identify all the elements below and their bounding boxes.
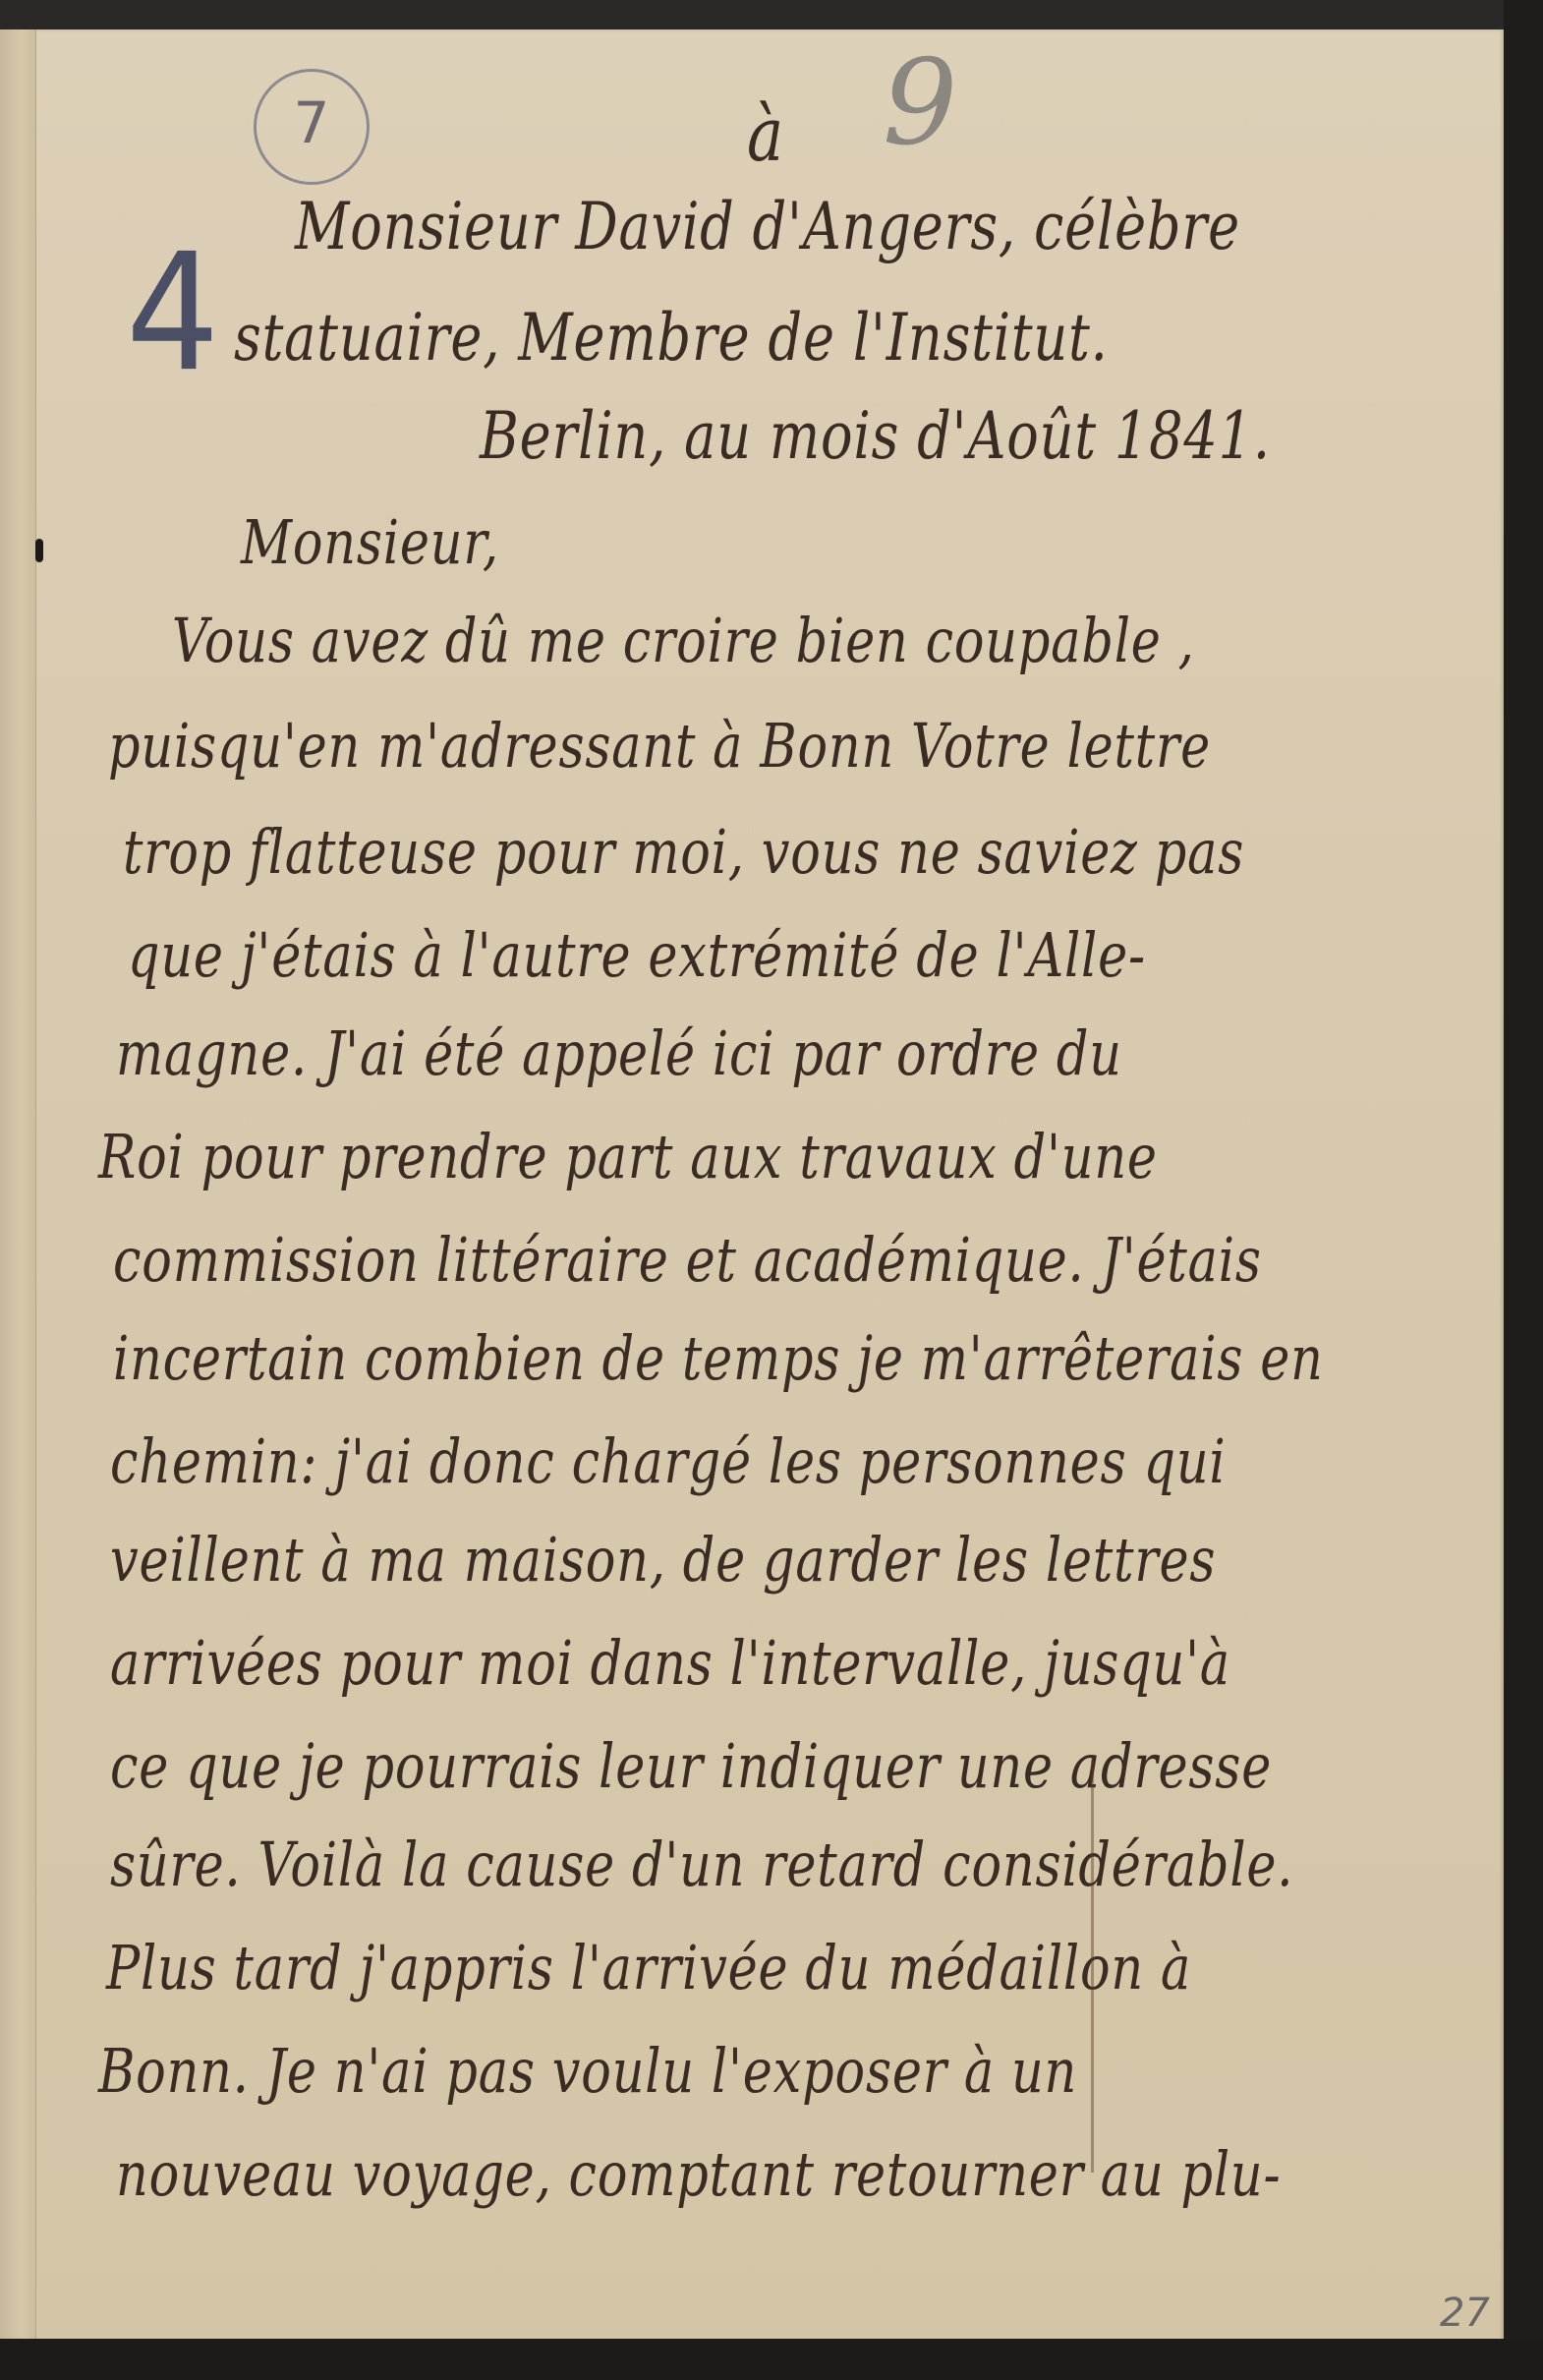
body-line: magne. J'ai été appelé ici par ordre du bbox=[116, 1017, 1122, 1089]
place-date-line: Berlin, au mois d'Août 1841. bbox=[480, 398, 1271, 474]
body-line: que j'étais à l'autre extrémité de l'All… bbox=[128, 919, 1146, 991]
circled-archive-number: 7 bbox=[254, 69, 370, 185]
body-line: arrivées pour moi dans l'intervalle, jus… bbox=[110, 1627, 1230, 1699]
scanner-right-border bbox=[1504, 0, 1543, 2380]
pencil-folio-number: 9 bbox=[883, 35, 957, 172]
body-line: veillent à ma maison, de garder les lett… bbox=[110, 1524, 1216, 1596]
blue-pencil-mark: 4 bbox=[126, 219, 219, 407]
body-line: puisqu'en m'adressant à Bonn Votre lettr… bbox=[108, 710, 1211, 782]
salutation-prefix: à bbox=[747, 90, 784, 178]
addressee-line-1: Monsieur David d'Angers, célèbre bbox=[295, 189, 1240, 264]
ink-crease-stroke bbox=[1091, 1760, 1094, 2173]
body-line: Vous avez dû me croire bien coupable , bbox=[172, 605, 1195, 676]
binding-hole-mark bbox=[35, 539, 43, 562]
body-line: Roi pour prendre part aux travaux d'une bbox=[98, 1121, 1158, 1192]
body-line: nouveau voyage, comptant retourner au pl… bbox=[116, 2138, 1281, 2210]
body-line: incertain combien de temps je m'arrêtera… bbox=[113, 1322, 1324, 1394]
body-line: sûre. Voilà la cause d'un retard considé… bbox=[110, 1829, 1293, 1900]
page-number: 27 bbox=[1440, 2291, 1490, 2336]
body-line: trop flatteuse pour moi, vous ne saviez … bbox=[123, 816, 1244, 888]
manuscript-page bbox=[0, 29, 1504, 2374]
scanner-top-border bbox=[0, 0, 1543, 29]
circled-number-text: 7 bbox=[257, 89, 367, 156]
body-line: Plus tard j'appris l'arrivée du médaillo… bbox=[106, 1932, 1191, 2003]
body-line: Bonn. Je n'ai pas voulu l'exposer à un bbox=[98, 2035, 1077, 2107]
greeting: Monsieur, bbox=[241, 506, 499, 578]
body-line: ce que je pourrais leur indiquer une adr… bbox=[110, 1730, 1272, 1802]
body-line: chemin: j'ai donc chargé les personnes q… bbox=[110, 1425, 1226, 1497]
body-line: commission littéraire et académique. J'é… bbox=[113, 1224, 1262, 1296]
addressee-line-2: statuaire, Membre de l'Institut. bbox=[234, 300, 1109, 376]
scanner-bottom-border bbox=[0, 2339, 1543, 2380]
page-gutter bbox=[0, 29, 36, 2374]
